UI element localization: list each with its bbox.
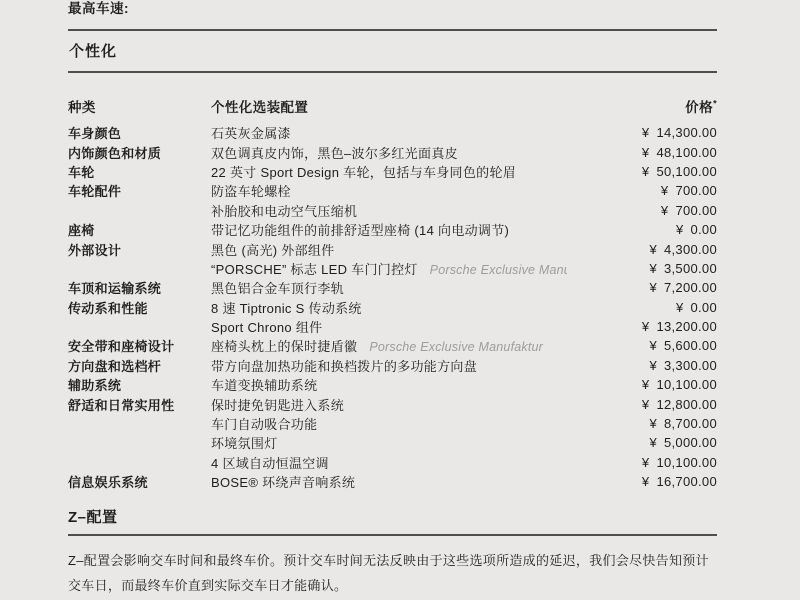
row-price: ¥3,500.00: [567, 261, 717, 276]
table-row: 补胎胶和电动空气压缩机 ¥700.00: [68, 201, 717, 220]
table-row: 方向盘和选档杆 带方向盘加热功能和换档拨片的多功能方向盘 ¥3,300.00: [68, 356, 717, 375]
row-price: ¥10,100.00: [567, 455, 717, 470]
row-config-text: “PORSCHE” 标志 LED 车门门控灯: [211, 262, 418, 277]
row-config-text: 黑色铝合金车顶行李轨: [211, 281, 344, 296]
row-config: BOSE® 环绕声音响系统: [211, 472, 567, 491]
header-config: 个性化选装配置: [211, 96, 567, 116]
price-amount: 10,100.00: [656, 455, 717, 470]
price-amount: 48,100.00: [656, 145, 717, 160]
row-price: ¥48,100.00: [567, 145, 717, 160]
max-speed-label: 最高车速:: [68, 0, 717, 17]
options-table-header: 种类 个性化选装配置 价格*: [68, 96, 717, 116]
price-amount: 5,600.00: [664, 338, 717, 353]
row-price: ¥4,300.00: [567, 242, 717, 257]
row-price: ¥8,700.00: [567, 416, 717, 431]
row-price: ¥16,700.00: [567, 474, 717, 489]
row-category: 传动系和性能: [68, 298, 211, 317]
row-category: 车轮配件: [68, 181, 211, 200]
price-amount: 3,500.00: [664, 261, 717, 276]
row-config: 车门自动吸合功能: [211, 414, 567, 433]
table-row: 信息娱乐系统 BOSE® 环绕声音响系统 ¥16,700.00: [68, 472, 717, 491]
price-amount: 0.00: [690, 300, 717, 315]
row-config: 防盗车轮螺栓: [211, 181, 567, 200]
price-amount: 4,300.00: [664, 242, 717, 257]
row-price: ¥700.00: [567, 183, 717, 198]
row-category: 外部设计: [68, 240, 211, 259]
table-row: 车顶和运输系统 黑色铝合金车顶行李轨 ¥7,200.00: [68, 278, 717, 297]
row-config: 4 区域自动恒温空调: [211, 453, 567, 472]
row-category: 安全带和座椅设计: [68, 336, 211, 355]
row-config: 双色调真皮内饰，黑色–波尔多红光面真皮: [211, 143, 567, 162]
row-config: Sport Chrono 组件: [211, 317, 567, 336]
row-config-text: 座椅头枕上的保时捷盾徽: [211, 339, 357, 354]
row-category: 车轮: [68, 162, 211, 181]
price-amount: 7,200.00: [664, 280, 717, 295]
row-config: 车道变换辅助系统: [211, 375, 567, 394]
table-row: 车轮 22 英寸 Sport Design 车轮，包括与车身同色的轮眉 ¥50,…: [68, 162, 717, 181]
row-price: ¥700.00: [567, 203, 717, 218]
row-config: 22 英寸 Sport Design 车轮，包括与车身同色的轮眉: [211, 162, 567, 181]
row-config-text: 环境氛围灯: [211, 436, 278, 451]
row-config-text: 石英灰金属漆: [211, 126, 291, 141]
price-amount: 5,000.00: [664, 435, 717, 450]
row-category: 车身颜色: [68, 123, 211, 142]
row-config-text: 黑色 (高光) 外部组件: [211, 243, 334, 258]
price-amount: 3,300.00: [664, 358, 717, 373]
row-price: ¥0.00: [567, 300, 717, 315]
row-config-text: 22 英寸 Sport Design 车轮，包括与车身同色的轮眉: [211, 165, 516, 180]
row-category: 方向盘和选档杆: [68, 356, 211, 375]
z-config-note: Z–配置会影响交车时间和最终车价。预计交车时间无法反映由于这些选项所造成的延迟，…: [68, 549, 717, 598]
price-amount: 16,700.00: [656, 474, 717, 489]
config-summary-page: 最高车速: 个性化 种类 个性化选装配置 价格* 车身颜色 石英灰金属漆 ¥14…: [0, 0, 800, 598]
row-config: 石英灰金属漆: [211, 123, 567, 142]
price-amount: 0.00: [690, 222, 717, 237]
row-config-text: BOSE® 环绕声音响系统: [211, 475, 355, 490]
price-amount: 700.00: [675, 203, 717, 218]
table-row: 安全带和座椅设计 座椅头枕上的保时捷盾徽Porsche Exclusive Ma…: [68, 336, 717, 355]
row-category: 车顶和运输系统: [68, 278, 211, 297]
row-price: ¥0.00: [567, 222, 717, 237]
currency-symbol: ¥: [642, 474, 650, 489]
price-amount: 10,100.00: [656, 377, 717, 392]
currency-symbol: ¥: [676, 222, 684, 237]
table-row: 舒适和日常实用性 保时捷免钥匙进入系统 ¥12,800.00: [68, 394, 717, 413]
table-row: 车轮配件 防盗车轮螺栓 ¥700.00: [68, 181, 717, 200]
row-config-text: Sport Chrono 组件: [211, 320, 322, 335]
row-category: 信息娱乐系统: [68, 472, 211, 491]
price-amount: 13,200.00: [656, 319, 717, 334]
price-amount: 14,300.00: [656, 125, 717, 140]
row-config: 带记忆功能组件的前排舒适型座椅 (14 向电动调节): [211, 220, 567, 239]
row-exclusive-badge: Porsche Exclusive Manufaktur: [430, 263, 567, 277]
row-category: 辅助系统: [68, 375, 211, 394]
row-config: 黑色铝合金车顶行李轨: [211, 278, 567, 297]
currency-symbol: ¥: [661, 183, 669, 198]
price-amount: 50,100.00: [656, 164, 717, 179]
row-config: “PORSCHE” 标志 LED 车门门控灯Porsche Exclusive …: [211, 259, 567, 278]
currency-symbol: ¥: [642, 377, 650, 392]
table-row: 环境氛围灯 ¥5,000.00: [68, 433, 717, 452]
z-config-section-title: Z–配置: [68, 506, 717, 527]
row-price: ¥13,200.00: [567, 319, 717, 334]
row-config: 保时捷免钥匙进入系统: [211, 395, 567, 414]
currency-symbol: ¥: [642, 125, 650, 140]
currency-symbol: ¥: [649, 242, 657, 257]
table-row: 传动系和性能 8 速 Tiptronic S 传动系统 ¥0.00: [68, 298, 717, 317]
row-price: ¥10,100.00: [567, 377, 717, 392]
personalization-section-title: 个性化: [68, 31, 717, 71]
row-config-text: 带方向盘加热功能和换档拨片的多功能方向盘: [211, 359, 477, 374]
table-row: 外部设计 黑色 (高光) 外部组件 ¥4,300.00: [68, 239, 717, 258]
divider: [68, 71, 717, 73]
price-asterisk: *: [713, 99, 717, 109]
table-row: “PORSCHE” 标志 LED 车门门控灯Porsche Exclusive …: [68, 259, 717, 278]
table-row: 辅助系统 车道变换辅助系统 ¥10,100.00: [68, 375, 717, 394]
price-amount: 700.00: [675, 183, 717, 198]
currency-symbol: ¥: [642, 319, 650, 334]
currency-symbol: ¥: [661, 203, 669, 218]
row-config-text: 车道变换辅助系统: [211, 378, 317, 393]
currency-symbol: ¥: [649, 261, 657, 276]
row-price: ¥14,300.00: [567, 125, 717, 140]
options-table-body: 车身颜色 石英灰金属漆 ¥14,300.00 内饰颜色和材质 双色调真皮内饰，黑…: [68, 123, 717, 491]
row-category: 舒适和日常实用性: [68, 395, 211, 414]
row-config-text: 4 区域自动恒温空调: [211, 456, 329, 471]
table-row: 车身颜色 石英灰金属漆 ¥14,300.00: [68, 123, 717, 142]
row-config-text: 双色调真皮内饰，黑色–波尔多红光面真皮: [211, 146, 458, 161]
row-price: ¥5,000.00: [567, 435, 717, 450]
currency-symbol: ¥: [649, 358, 657, 373]
row-config: 环境氛围灯: [211, 433, 567, 452]
table-row: 座椅 带记忆功能组件的前排舒适型座椅 (14 向电动调节) ¥0.00: [68, 220, 717, 239]
currency-symbol: ¥: [676, 300, 684, 315]
price-amount: 12,800.00: [656, 397, 717, 412]
table-row: 4 区域自动恒温空调 ¥10,100.00: [68, 453, 717, 472]
currency-symbol: ¥: [649, 338, 657, 353]
row-price: ¥5,600.00: [567, 338, 717, 353]
row-price: ¥50,100.00: [567, 164, 717, 179]
currency-symbol: ¥: [642, 145, 650, 160]
row-config: 补胎胶和电动空气压缩机: [211, 201, 567, 220]
row-config-text: 8 速 Tiptronic S 传动系统: [211, 301, 362, 316]
row-config: 带方向盘加热功能和换档拨片的多功能方向盘: [211, 356, 567, 375]
row-category: 内饰颜色和材质: [68, 143, 211, 162]
row-config-text: 补胎胶和电动空气压缩机: [211, 204, 357, 219]
currency-symbol: ¥: [649, 435, 657, 450]
row-price: ¥3,300.00: [567, 358, 717, 373]
row-config: 座椅头枕上的保时捷盾徽Porsche Exclusive Manufaktur: [211, 336, 567, 355]
currency-symbol: ¥: [642, 455, 650, 470]
price-amount: 8,700.00: [664, 416, 717, 431]
table-row: Sport Chrono 组件 ¥13,200.00: [68, 317, 717, 336]
row-config-text: 防盗车轮螺栓: [211, 184, 291, 199]
table-row: 车门自动吸合功能 ¥8,700.00: [68, 414, 717, 433]
row-price: ¥7,200.00: [567, 280, 717, 295]
row-exclusive-badge: Porsche Exclusive Manufaktur: [369, 340, 543, 354]
table-row: 内饰颜色和材质 双色调真皮内饰，黑色–波尔多红光面真皮 ¥48,100.00: [68, 142, 717, 161]
row-price: ¥12,800.00: [567, 397, 717, 412]
divider: [68, 534, 717, 536]
currency-symbol: ¥: [642, 164, 650, 179]
currency-symbol: ¥: [642, 397, 650, 412]
row-category: 座椅: [68, 220, 211, 239]
row-config-text: 保时捷免钥匙进入系统: [211, 398, 344, 413]
row-config-text: 带记忆功能组件的前排舒适型座椅 (14 向电动调节): [211, 223, 509, 238]
header-category: 种类: [68, 96, 211, 116]
row-config: 黑色 (高光) 外部组件: [211, 240, 567, 259]
currency-symbol: ¥: [649, 416, 657, 431]
row-config: 8 速 Tiptronic S 传动系统: [211, 298, 567, 317]
header-price: 价格*: [567, 96, 717, 116]
currency-symbol: ¥: [649, 280, 657, 295]
row-config-text: 车门自动吸合功能: [211, 417, 317, 432]
